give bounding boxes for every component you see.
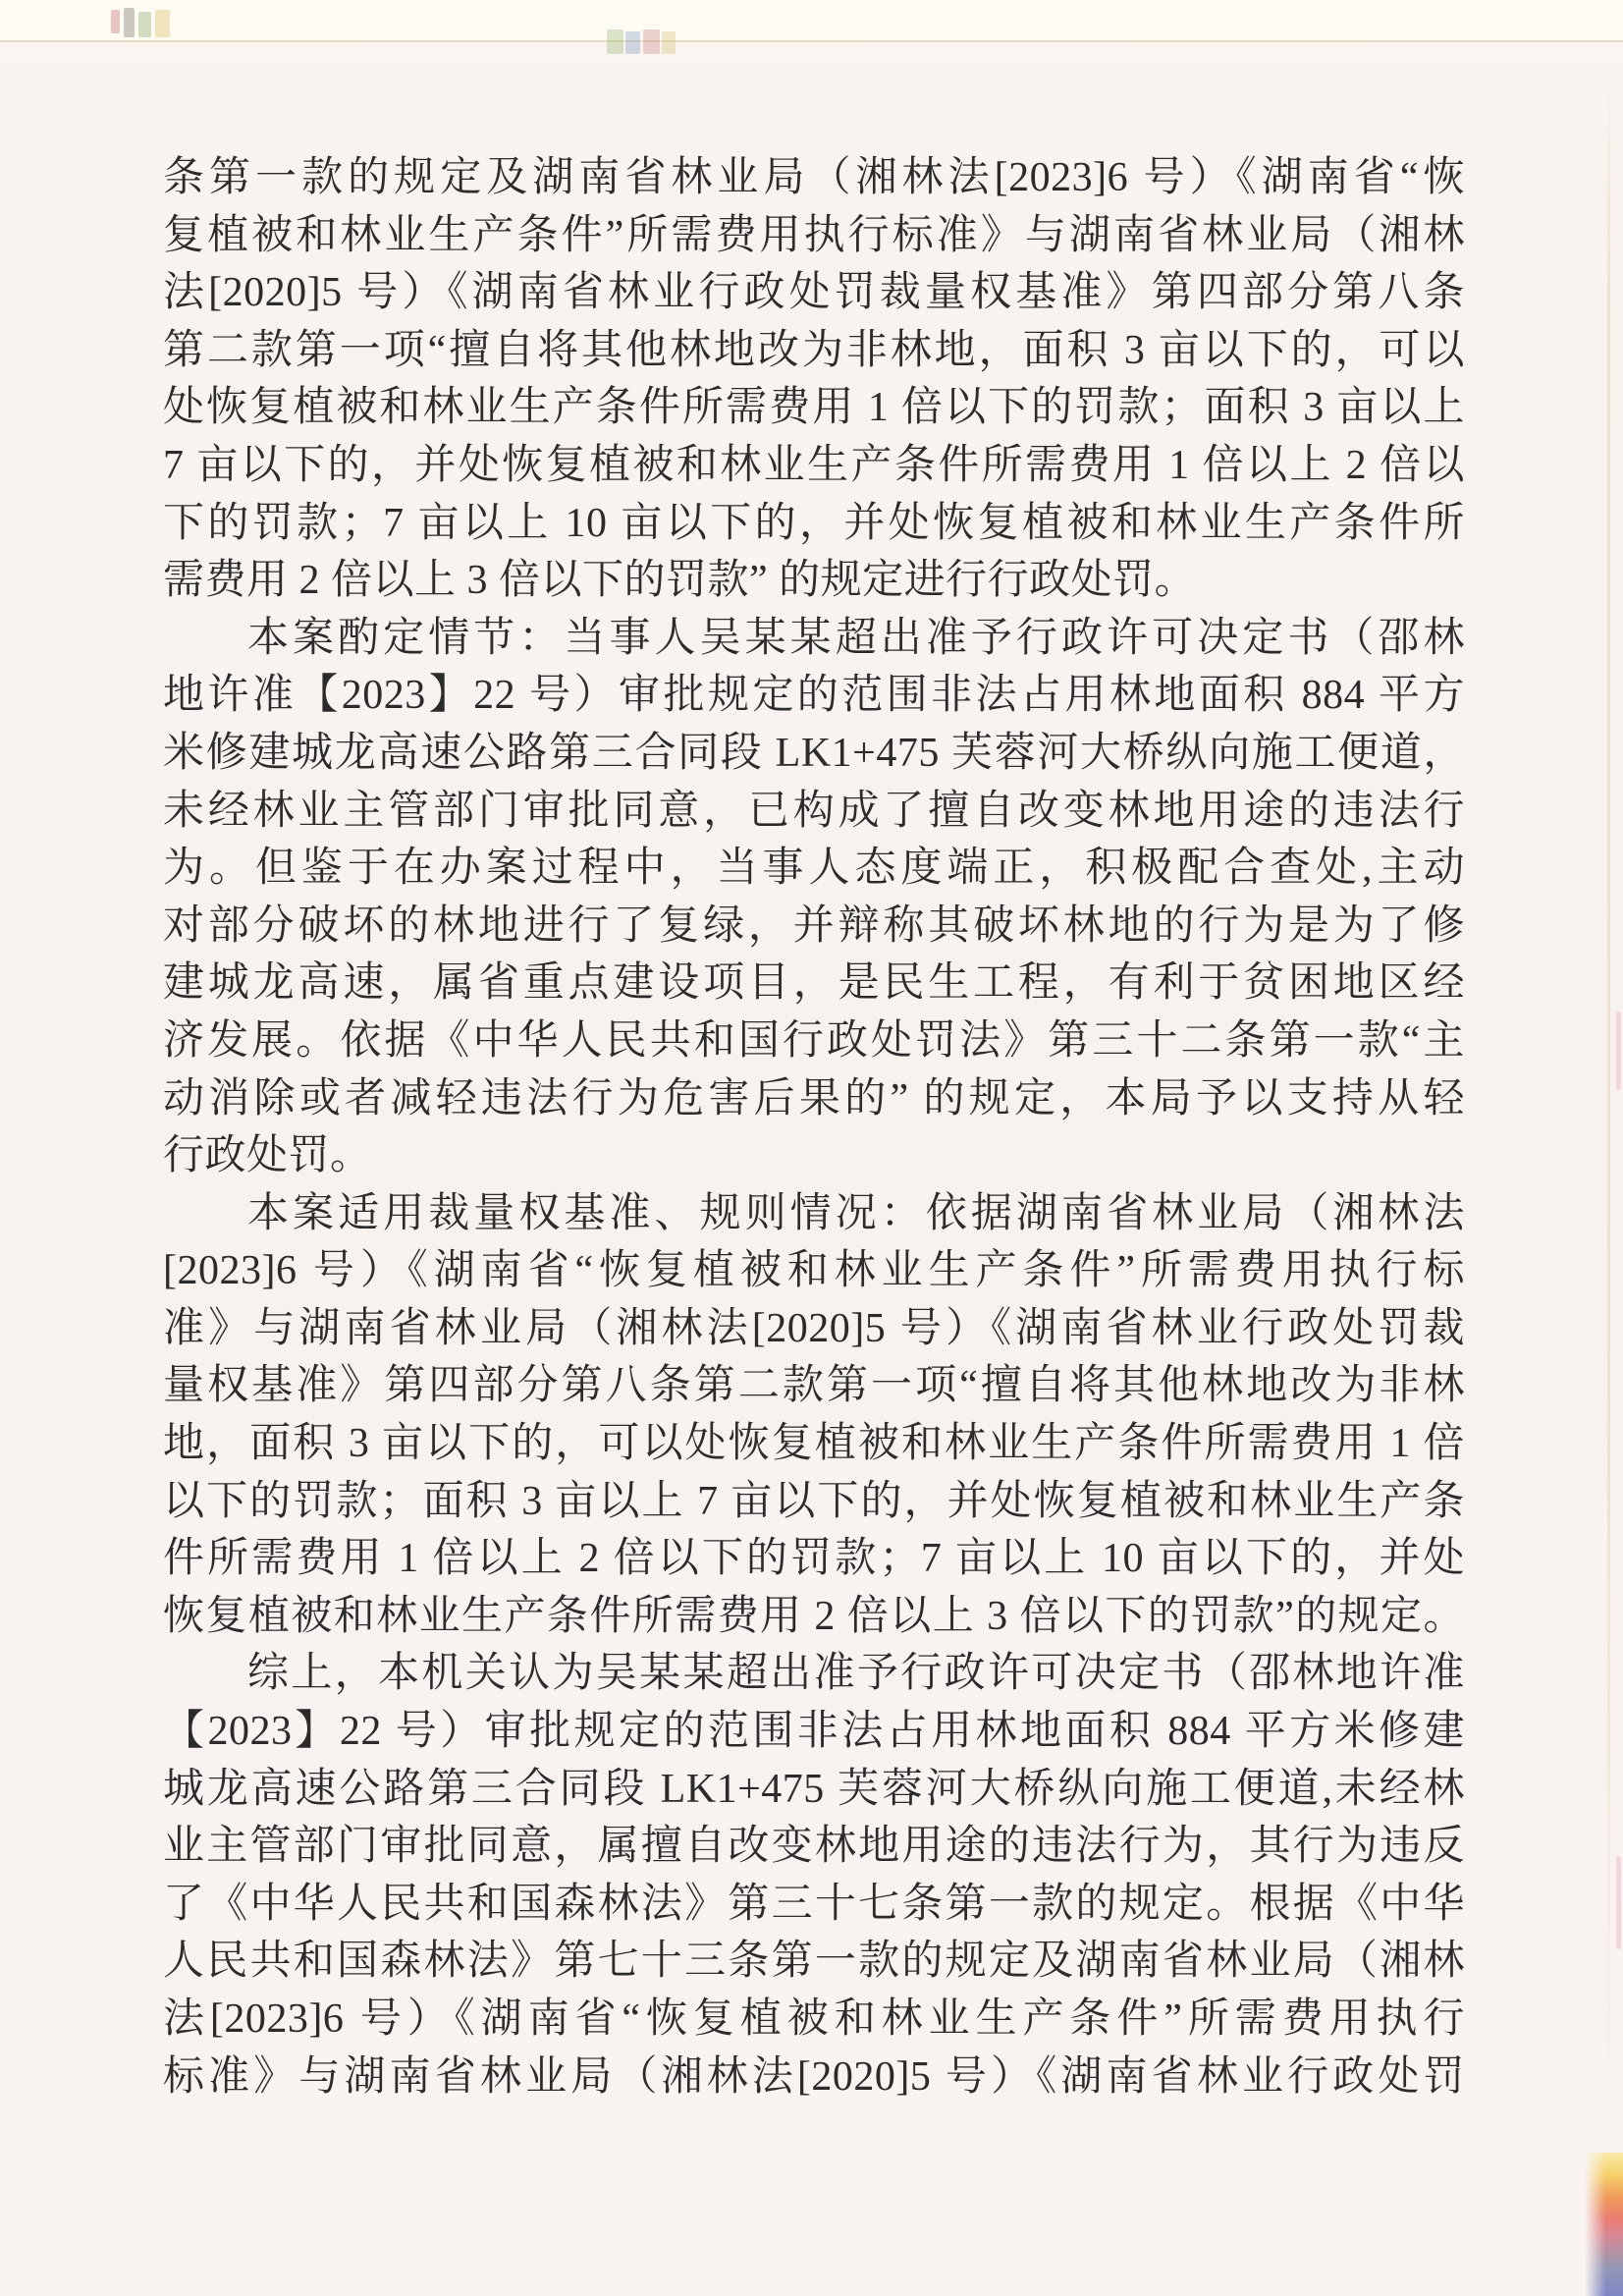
scan-pink-sliver [1616, 1011, 1621, 1090]
text-line: 地，面积 3 亩以下的，可以处恢复植被和林业生产条件所需费用 1 倍 [163, 1415, 1465, 1473]
paragraph: 本案酌定情节：当事人吴某某超出准予行政许可决定书（邵林地许准【2023】22 号… [163, 610, 1465, 1185]
text-line: 对部分破坏的林地进行了复绿，并辩称其破坏林地的行为是为了修 [163, 898, 1465, 956]
text-line: 【2023】22 号）审批规定的范围非法占用林地面积 884 平方米修建 [163, 1703, 1465, 1761]
scan-page-edge-line [1607, 59, 1610, 2170]
text-line: 处恢复植被和林业生产条件所需费用 1 倍以下的罚款；面积 3 亩以上 [163, 379, 1465, 437]
scan-color-speck [625, 31, 640, 54]
text-line: 量权基准》第四部分第八条第二款第一项“擅自将其他林地改为非林 [163, 1357, 1465, 1415]
text-line: 第二款第一项“擅自将其他林地改为非林地，面积 3 亩以下的，可以 [163, 322, 1465, 380]
text-line: 7 亩以下的，并处恢复植被和林业生产条件所需费用 1 倍以上 2 倍以 [163, 437, 1465, 495]
text-line: 为。但鉴于在办案过程中，当事人态度端正，积极配合查处,主动 [163, 840, 1465, 898]
text-line: 准》与湖南省林业局（湘林法[2020]5 号）《湖南省林业行政处罚裁 [163, 1300, 1465, 1358]
scan-color-speck [138, 12, 151, 37]
text-line: 地许准【2023】22 号）审批规定的范围非法占用林地面积 884 平方 [163, 667, 1465, 725]
text-line: 标准》与湖南省林业局（湘林法[2020]5 号）《湖南省林业行政处罚 [163, 2049, 1465, 2106]
text-line: 法[2023]6 号）《湖南省“恢复植被和林业生产条件”所需费用执行 [163, 1991, 1465, 2049]
text-line: 米修建城龙高速公路第三合同段 LK1+475 芙蓉河大桥纵向施工便道， [163, 725, 1465, 783]
scan-color-speck [607, 29, 623, 54]
scan-color-speck [643, 29, 660, 54]
text-line: 件所需费用 1 倍以上 2 倍以下的罚款；7 亩以上 10 亩以下的，并处 [163, 1530, 1465, 1588]
scan-color-speck [111, 10, 120, 33]
text-line: 复植被和林业生产条件”所需费用执行标准》与湖南省林业局（湘林 [163, 207, 1465, 265]
paragraph: 综上，本机关认为吴某某超出准予行政许可决定书（邵林地许准【2023】22 号）审… [163, 1645, 1465, 2105]
text-line: 动消除或者减轻违法行为危害后果的” 的规定，本局予以支持从轻 [163, 1070, 1465, 1128]
text-line: 行政处罚。 [163, 1127, 1465, 1185]
paragraph: 条第一款的规定及湖南省林业局（湘林法[2023]6 号）《湖南省“恢复植被和林业… [163, 149, 1465, 610]
text-line: 城龙高速公路第三合同段 LK1+475 芙蓉河大桥纵向施工便道,未经林 [163, 1761, 1465, 1819]
text-line: 以下的罚款；面积 3 亩以上 7 亩以下的，并处恢复植被和林业生产条 [163, 1473, 1465, 1531]
text-line: 本案适用裁量权基准、规则情况：依据湖南省林业局（湘林法 [163, 1185, 1465, 1243]
text-line: 本案酌定情节：当事人吴某某超出准予行政许可决定书（邵林 [163, 610, 1465, 668]
paragraph: 本案适用裁量权基准、规则情况：依据湖南省林业局（湘林法[2023]6 号）《湖南… [163, 1185, 1465, 1646]
text-line: 综上，本机关认为吴某某超出准予行政许可决定书（邵林地许准 [163, 1645, 1465, 1703]
text-line: 法[2020]5 号）《湖南省林业行政处罚裁量权基准》第四部分第八条 [163, 264, 1465, 322]
text-line: 建城龙高速，属省重点建设项目，是民生工程，有利于贫困地区经 [163, 955, 1465, 1012]
text-line: 条第一款的规定及湖南省林业局（湘林法[2023]6 号）《湖南省“恢 [163, 149, 1465, 207]
scanned-page: 条第一款的规定及湖南省林业局（湘林法[2023]6 号）《湖南省“恢复植被和林业… [0, 0, 1623, 2296]
text-line: 需费用 2 倍以上 3 倍以下的罚款” 的规定进行行政处罚。 [163, 552, 1465, 610]
text-line: 了《中华人民共和国森林法》第三十七条第一款的规定。根据《中华 [163, 1876, 1465, 1934]
scan-pink-sliver [1616, 1856, 1621, 1949]
scan-color-speck [155, 10, 170, 37]
scan-top-edge-strip [0, 0, 1623, 42]
document-text: 条第一款的规定及湖南省林业局（湘林法[2023]6 号）《湖南省“恢复植被和林业… [163, 149, 1465, 2105]
scan-color-speck [124, 8, 135, 37]
text-line: 济发展。依据《中华人民共和国行政处罚法》第三十二条第一款“主 [163, 1012, 1465, 1070]
text-line: 下的罚款；7 亩以上 10 亩以下的，并处恢复植被和林业生产条件所 [163, 495, 1465, 553]
text-line: [2023]6 号）《湖南省“恢复植被和林业生产条件”所需费用执行标 [163, 1242, 1465, 1300]
scan-color-speck [662, 31, 676, 54]
text-line: 业主管部门审批同意，属擅自改变林地用途的违法行为，其行为违反 [163, 1818, 1465, 1876]
text-line: 未经林业主管部门审批同意，已构成了擅自改变林地用途的违法行 [163, 783, 1465, 841]
scan-rainbow-strip [1585, 2153, 1623, 2296]
text-line: 恢复植被和林业生产条件所需费用 2 倍以上 3 倍以下的罚款”的规定。 [163, 1588, 1465, 1646]
text-line: 人民共和国森林法》第七十三条第一款的规定及湖南省林业局（湘林 [163, 1933, 1465, 1991]
